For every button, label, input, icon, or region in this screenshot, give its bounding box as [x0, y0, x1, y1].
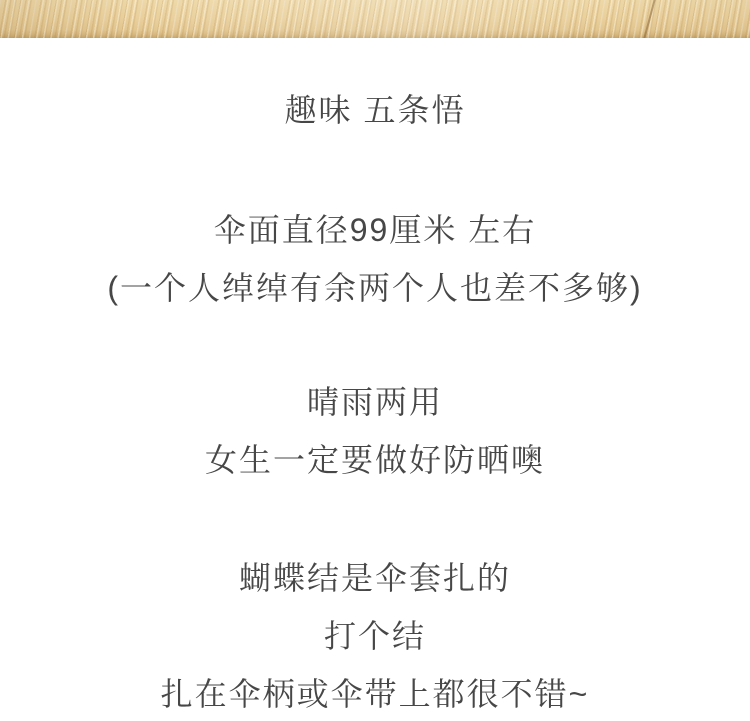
- size-note-line: (一个人绰绰有余两个人也差不多够): [0, 259, 750, 317]
- bow-line-1: 蝴蝶结是伞套扎的: [0, 549, 750, 607]
- title-block: 趣味 五条悟: [0, 81, 750, 139]
- paragraph-umbrella-size: 伞面直径99厘米 左右 (一个人绰绰有余两个人也差不多够): [0, 201, 750, 317]
- sunscreen-line: 女生一定要做好防晒噢: [0, 431, 750, 489]
- wood-floor-photo-strip: [0, 0, 750, 38]
- description-text-block: 趣味 五条悟 伞面直径99厘米 左右 (一个人绰绰有余两个人也差不多够) 晴雨两…: [0, 81, 750, 721]
- usage-line: 晴雨两用: [0, 373, 750, 431]
- paragraph-usage: 晴雨两用 女生一定要做好防晒噢: [0, 373, 750, 489]
- size-line: 伞面直径99厘米 左右: [0, 201, 750, 259]
- product-description-page: 趣味 五条悟 伞面直径99厘米 左右 (一个人绰绰有余两个人也差不多够) 晴雨两…: [0, 0, 750, 721]
- wood-sheen-overlay: [0, 0, 750, 38]
- bow-line-2: 打个结: [0, 607, 750, 665]
- product-title: 趣味 五条悟: [0, 81, 750, 139]
- paragraph-bow: 蝴蝶结是伞套扎的 打个结 扎在伞柄或伞带上都很不错~: [0, 549, 750, 721]
- bow-line-3: 扎在伞柄或伞带上都很不错~: [0, 665, 750, 721]
